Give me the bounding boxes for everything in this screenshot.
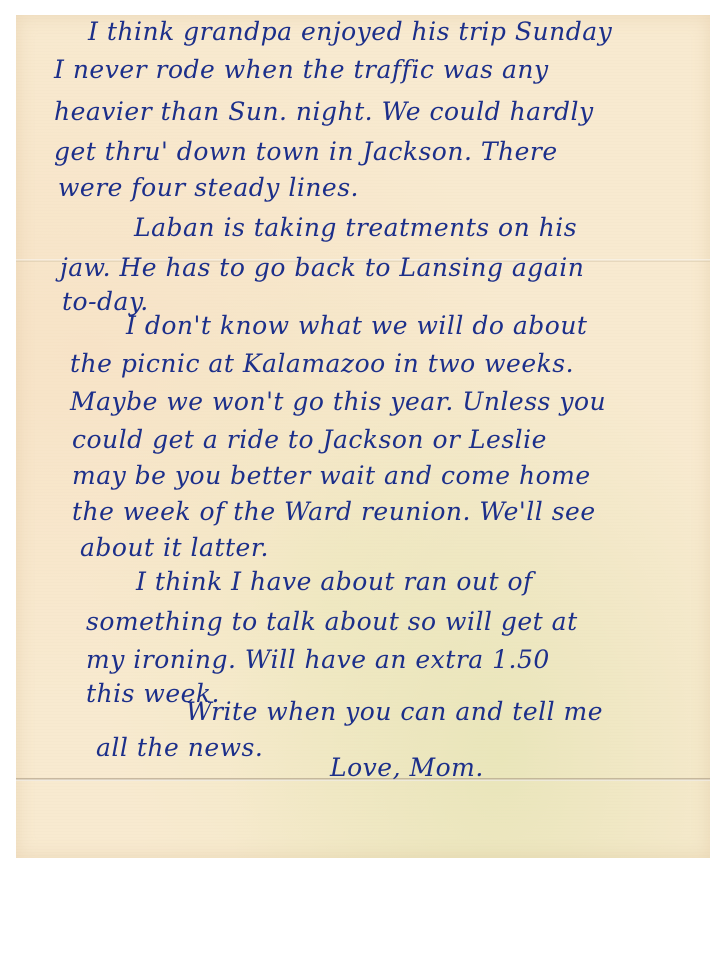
letter-line: Laban is taking treatments on his xyxy=(134,213,577,242)
letter-signature: Love, Mom. xyxy=(330,753,484,782)
letter-line: get thru' down town in Jackson. There xyxy=(54,137,558,166)
letter-line: something to talk about so will get at xyxy=(86,607,578,636)
letter-line: may be you better wait and come home xyxy=(72,461,591,490)
letter-line: all the news. xyxy=(96,733,263,762)
letter-line: my ironing. Will have an extra 1.50 xyxy=(86,645,550,674)
letter-line: I don't know what we will do about xyxy=(126,311,587,340)
letter-line: could get a ride to Jackson or Leslie xyxy=(72,425,547,454)
letter-line: Write when you can and tell me xyxy=(186,697,603,726)
letter-line: jaw. He has to go back to Lansing again xyxy=(60,253,584,282)
letter-line: I never rode when the traffic was any xyxy=(54,55,549,84)
letter-line: the week of the Ward reunion. We'll see xyxy=(72,497,596,526)
letter-line: Maybe we won't go this year. Unless you xyxy=(70,387,606,416)
letter-line: about it latter. xyxy=(80,533,269,562)
letter-line: heavier than Sun. night. We could hardly xyxy=(54,97,594,126)
letter-line: were four steady lines. xyxy=(58,173,359,202)
letter-line: I think grandpa enjoyed his trip Sunday xyxy=(88,17,612,46)
letter-page: I think grandpa enjoyed his trip Sunday … xyxy=(16,15,710,858)
letter-line: I think I have about ran out of xyxy=(136,567,533,596)
letter-line: the picnic at Kalamazoo in two weeks. xyxy=(70,349,574,378)
